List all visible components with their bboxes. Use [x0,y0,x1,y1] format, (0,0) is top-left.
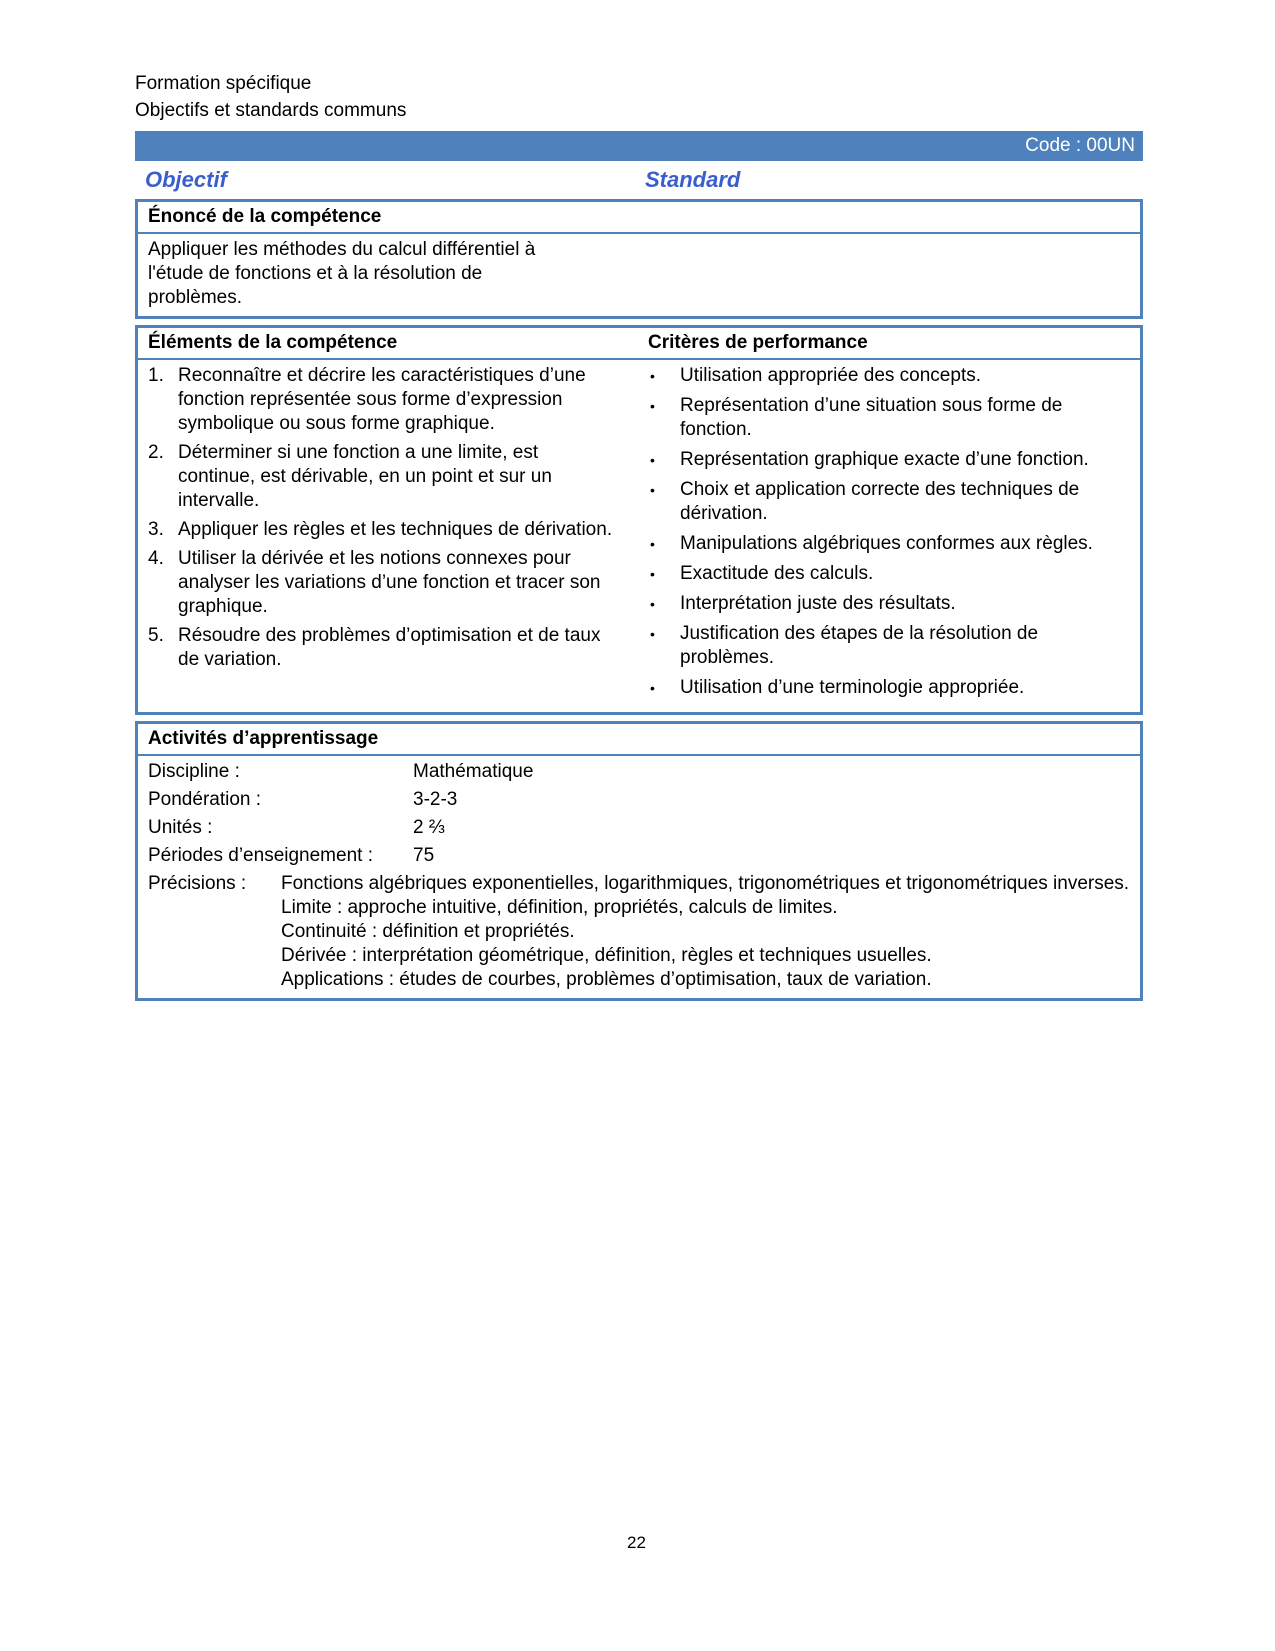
course-code: Code : 00UN [1025,135,1135,156]
criterion-item: •Interprétation juste des résultats. [648,592,1130,616]
precision-line: Fonctions algébriques exponentielles, lo… [281,872,1129,896]
field-value: Mathématique [413,760,533,784]
criteres-heading: Critères de performance [648,332,868,354]
section-title: Formation spécifique [135,70,1143,97]
element-number: 5. [148,624,178,672]
activity-field: Pondération :3-2-3 [148,788,1130,812]
bullet-icon: • [648,394,680,442]
bullet-icon: • [648,622,680,670]
element-number: 4. [148,547,178,619]
bullet-icon: • [648,448,680,472]
element-item: 4.Utiliser la dérivée et les notions con… [148,547,648,619]
criterion-text: Utilisation appropriée des concepts. [680,364,1130,388]
activites-section: Activités d’apprentissage Discipline :Ma… [135,721,1143,1001]
criterion-text: Représentation d’une situation sous form… [680,394,1130,442]
criterion-item: •Utilisation d’une terminologie appropri… [648,676,1130,700]
enonce-heading: Énoncé de la compétence [148,206,381,228]
criterion-text: Justification des étapes de la résolutio… [680,622,1130,670]
bullet-icon: • [648,562,680,586]
criterion-item: •Manipulations algébriques conformes aux… [648,532,1130,556]
field-label: Discipline : [148,760,413,784]
elements-list: 1.Reconnaître et décrire les caractérist… [148,364,648,672]
precision-line: Continuité : définition et propriétés. [281,920,1129,944]
precisions: Précisions : Fonctions algébriques expon… [148,872,1130,992]
criterion-item: •Utilisation appropriée des concepts. [648,364,1130,388]
activity-field: Unités :2 ⅔ [148,816,1130,840]
element-text: Utiliser la dérivée et les notions conne… [178,547,618,619]
criterion-item: •Représentation d’une situation sous for… [648,394,1130,442]
criterion-item: •Justification des étapes de la résoluti… [648,622,1130,670]
criterion-text: Manipulations algébriques conformes aux … [680,532,1130,556]
document-page: Formation spécifique Objectifs et standa… [135,70,1143,1007]
elements-section: Éléments de la compétence Critères de pe… [135,325,1143,715]
activites-heading: Activités d’apprentissage [148,728,378,750]
element-item: 2.Déterminer si une fonction a une limit… [148,441,648,513]
activity-fields: Discipline :MathématiquePondération :3-2… [148,760,1130,868]
section-subtitle: Objectifs et standards communs [135,97,1143,124]
enonce-text: Appliquer les méthodes du calcul différe… [148,238,568,310]
criterion-text: Utilisation d’une terminologie approprié… [680,676,1130,700]
bullet-icon: • [648,676,680,700]
element-number: 2. [148,441,178,513]
element-text: Reconnaître et décrire les caractéristiq… [178,364,618,436]
bullet-icon: • [648,364,680,388]
criterion-item: •Représentation graphique exacte d’une f… [648,448,1130,472]
criterion-item: •Choix et application correcte des techn… [648,478,1130,526]
code-bar: Code : 00UN [135,131,1143,161]
precision-line: Applications : études de courbes, problè… [281,968,1129,992]
precisions-lines: Fonctions algébriques exponentielles, lo… [281,872,1129,992]
field-label: Périodes d’enseignement : [148,844,413,868]
criterion-item: •Exactitude des calculs. [648,562,1130,586]
element-text: Appliquer les règles et les techniques d… [178,518,618,542]
field-value: 3-2-3 [413,788,457,812]
activity-field: Discipline :Mathématique [148,760,1130,784]
element-number: 3. [148,518,178,542]
activity-field: Périodes d’enseignement :75 [148,844,1130,868]
element-number: 1. [148,364,178,436]
standard-heading: Standard [645,167,740,192]
field-value: 2 ⅔ [413,816,445,840]
element-text: Résoudre des problèmes d’optimisation et… [178,624,618,672]
field-label: Pondération : [148,788,413,812]
precision-line: Dérivée : interprétation géométrique, dé… [281,944,1129,968]
element-item: 5.Résoudre des problèmes d’optimisation … [148,624,648,672]
precision-line: Limite : approche intuitive, définition,… [281,896,1129,920]
field-value: 75 [413,844,434,868]
enonce-section: Énoncé de la compétence Appliquer les mé… [135,199,1143,319]
elements-heading: Éléments de la compétence [148,332,648,354]
criterion-text: Interprétation juste des résultats. [680,592,1130,616]
element-text: Déterminer si une fonction a une limite,… [178,441,618,513]
bullet-icon: • [648,592,680,616]
criterion-text: Représentation graphique exacte d’une fo… [680,448,1130,472]
criterion-text: Choix et application correcte des techni… [680,478,1130,526]
objectif-heading: Objectif [145,167,227,192]
precisions-label: Précisions : [148,872,281,992]
element-item: 3.Appliquer les règles et les techniques… [148,518,648,542]
criteria-list: •Utilisation appropriée des concepts.•Re… [648,364,1130,700]
bullet-icon: • [648,532,680,556]
field-label: Unités : [148,816,413,840]
column-headers: Objectif Standard [135,161,1143,199]
page-number: 22 [627,1533,646,1553]
bullet-icon: • [648,478,680,526]
element-item: 1.Reconnaître et décrire les caractérist… [148,364,648,436]
criterion-text: Exactitude des calculs. [680,562,1130,586]
